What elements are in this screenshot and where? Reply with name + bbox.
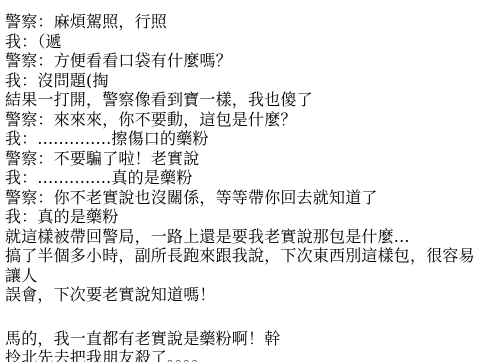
text-line: 我：（遞: [5, 32, 480, 52]
text-line: 拎北先去把我朋友殺了。。。。: [5, 348, 480, 362]
text-line: 警察：麻煩駕照，行照: [5, 12, 480, 32]
text-line: 誤會，下次要老實說知道嗎！: [5, 285, 480, 305]
text-line: 我：沒問題(掏: [5, 71, 480, 91]
text-line: 警察：方便看看口袋有什麼嗎？: [5, 51, 480, 71]
text-line: 我：..............真的是藥粉: [5, 168, 480, 188]
text-line: 搞了半個多小時，副所長跑來跟我說，下次東西別這樣包，很容易讓人: [5, 246, 480, 285]
text-line: 馬的，我一直都有老實說是藥粉啊！幹: [5, 329, 480, 349]
text-line: 就這樣被帶回警局，一路上還是要我老實說那包是什麼...: [5, 227, 480, 247]
text-line: 警察：不要騙了啦！老實說: [5, 149, 480, 169]
blank-line: [5, 305, 480, 329]
text-line: 結果一打開，警察像看到寶一樣，我也傻了: [5, 90, 480, 110]
text-line: 警察：你不老實說也沒關係，等等帶你回去就知道了: [5, 188, 480, 208]
text-line: 我：..............擦傷口的藥粉: [5, 129, 480, 149]
text-document: 警察：麻煩駕照，行照 我：（遞 警察：方便看看口袋有什麼嗎？ 我：沒問題(掏 結…: [0, 0, 484, 362]
text-line: 我：真的是藥粉: [5, 207, 480, 227]
text-line: 警察：來來來，你不要動，這包是什麼？: [5, 110, 480, 130]
